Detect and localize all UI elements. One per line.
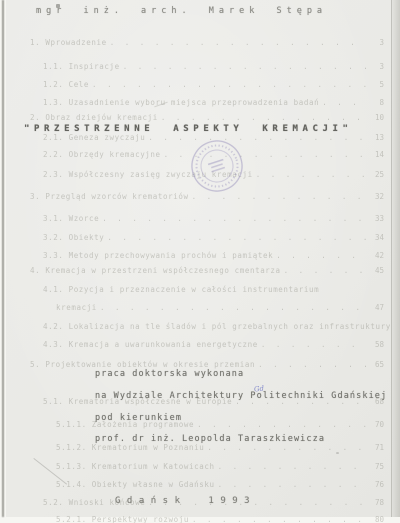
ink-speck — [56, 4, 60, 8]
ghost-toc-line: 3.1. Wzorce 33 — [43, 214, 384, 223]
credit-line-2: na Wydziale Architektury Politechniki Gd… — [95, 391, 387, 401]
dot-leader — [161, 113, 367, 122]
ghost-toc-line: 2. Obraz dziejów kremacji 10 — [30, 113, 384, 122]
ghost-toc-page-number: 5 — [370, 80, 384, 89]
ghost-toc-label: 4.1. Pozycja i przeznaczenie w całości i… — [43, 285, 319, 294]
ghost-toc-page-number: 58 — [370, 340, 384, 349]
author-line: mgr inż. arch. Marek Stępa — [36, 6, 327, 16]
ghost-toc-label: 3.1. Wzorce — [43, 214, 99, 223]
handwritten-annotation: Gd — [254, 384, 265, 393]
thesis-title: "PRZESTRZENNE ASPEKTY KREMACJI" — [24, 124, 353, 134]
ink-speck — [336, 452, 339, 454]
ghost-toc-label: 5.1.2. Krematorium w Poznaniu — [56, 443, 204, 452]
ghost-toc-line: 1. Wprowadzenie 3 — [30, 38, 384, 47]
dot-leader — [207, 443, 367, 452]
ghost-toc-label: 4. Kremacja w przestrzeni współczesnego … — [30, 266, 281, 275]
ghost-toc-line: 4.2. Lokalizacja na tle śladów i pól grz… — [43, 322, 384, 331]
ghost-toc-line: kremacji 47 — [56, 303, 384, 312]
ghost-toc-label: 5.2.1. Perspektywy rozwoju — [56, 515, 189, 523]
ghost-toc-line: 5.1.3. Krematorium w Katowicach 75 — [56, 462, 384, 471]
ghost-toc-label: 1. Wprowadzenie — [30, 38, 107, 47]
ghost-toc-page-number: 45 — [370, 266, 384, 275]
ghost-toc-page-number: 10 — [370, 113, 384, 122]
dot-leader — [322, 98, 367, 107]
scan-page: 1. Wprowadzenie 3 1.1. Inspiracje 3 1.2.… — [6, 0, 400, 517]
ghost-toc-page-number: 8 — [370, 98, 384, 107]
ghost-toc-page-number: 70 — [370, 420, 384, 429]
ghost-toc-label: 5.1.3. Krematorium w Katowicach — [56, 462, 215, 471]
ghost-toc-label: 4.3. Kremacja a uwarunkowania energetycz… — [43, 340, 258, 349]
dot-leader — [218, 480, 367, 489]
ghost-toc-label: 2.1. Geneza zwyczaju — [43, 133, 145, 142]
dot-leader — [197, 420, 367, 429]
ghost-toc-page-number: 13 — [370, 133, 384, 142]
ghost-toc-page-number: 76 — [370, 480, 384, 489]
ghost-toc-label: 1.2. Cele — [43, 80, 89, 89]
dot-leader — [284, 266, 367, 275]
ghost-toc-label: 3.3. Metody przechowywania prochów i pam… — [43, 251, 273, 260]
dot-leader — [218, 462, 367, 471]
ghost-toc-line: 5.1.2. Krematorium w Poznaniu 71 — [56, 443, 384, 452]
ghost-toc-label: kremacji — [56, 303, 97, 312]
dot-leader — [92, 80, 367, 89]
ghost-toc-line: 3.3. Metody przechowywania prochów i pam… — [43, 251, 384, 260]
ghost-toc-line: 5. Projektowanie obiektów w okresie prze… — [30, 360, 384, 369]
ghost-toc-line: 4.3. Kremacja a uwarunkowania energetycz… — [43, 340, 384, 349]
page-left-edge — [2, 0, 4, 517]
credit-line-3: pod kierunkiem — [95, 413, 182, 423]
ghost-toc-page-number: 14 — [370, 150, 384, 159]
dot-leader — [107, 233, 367, 242]
ghost-toc-line: 3.2. Obiekty 34 — [43, 233, 384, 242]
ghost-toc-page-number: 75 — [370, 462, 384, 471]
dot-leader — [102, 214, 367, 223]
ghost-toc-page-number: 32 — [370, 192, 384, 201]
dot-leader — [256, 170, 367, 179]
ghost-toc-label: 2. Obraz dziejów kremacji — [30, 113, 158, 122]
ghost-toc-page-number: 65 — [370, 360, 384, 369]
ghost-toc-page-number: 47 — [370, 303, 384, 312]
credit-line-4: prof. dr inż. Leopolda Taraszkiewicza — [95, 434, 325, 444]
ghost-toc-label: 3.2. Obiekty — [43, 233, 104, 242]
ghost-toc-page-number: 3 — [370, 38, 384, 47]
dot-leader — [110, 38, 367, 47]
ghost-toc-line: 5.2.1. Perspektywy rozwoju 80 — [56, 515, 384, 523]
page-right-edge — [391, 0, 400, 517]
ghost-toc-label: 5. Projektowanie obiektów w okresie prze… — [30, 360, 255, 369]
ghost-toc-page-number: 71 — [370, 443, 384, 452]
ghost-toc-label: 5.1.4. Obiekty własne w Gdańsku — [56, 480, 215, 489]
ghost-toc-label: 3. Przegląd wzorców krematoriów — [30, 192, 189, 201]
ghost-toc-line: 4. Kremacja w przestrzeni współczesnego … — [30, 266, 384, 275]
dot-leader — [100, 303, 367, 312]
ghost-toc-label: 1.3. Uzasadnienie wyboru miejsca przepro… — [43, 98, 319, 107]
ghost-toc-line: 5.1.4. Obiekty własne w Gdańsku 76 — [56, 480, 384, 489]
ghost-toc-page-number: 33 — [370, 214, 384, 223]
footer-city-year: Gdańsk 1993 — [115, 496, 256, 506]
dot-leader — [261, 340, 367, 349]
ghost-toc-label: 1.1. Inspiracje — [43, 62, 120, 71]
ghost-toc-label: 4.2. Lokalizacja na tle śladów i pól grz… — [43, 322, 391, 331]
dot-leader — [258, 360, 367, 369]
dot-leader — [192, 515, 367, 523]
ghost-toc-page-number: 80 — [370, 515, 384, 523]
ghost-toc-page-number: 25 — [370, 170, 384, 179]
ghost-toc-line: 4.1. Pozycja i przeznaczenie w całości i… — [43, 285, 384, 294]
dot-leader — [276, 251, 367, 260]
credit-line-1: praca doktorska wykonana — [95, 369, 244, 379]
ghost-toc-page-number: 42 — [370, 251, 384, 260]
dot-leader — [148, 133, 367, 142]
ghost-toc-page-number: 78 — [370, 498, 384, 507]
ghost-toc-page-number: 3 — [370, 62, 384, 71]
ghost-toc-page-number: 34 — [370, 233, 384, 242]
ghost-toc-line: 1.1. Inspiracje 3 — [43, 62, 384, 71]
ghost-toc-label: 2.2. Obrzędy kremacyjne — [43, 150, 161, 159]
dot-leader — [123, 62, 367, 71]
ghost-toc-line: 1.2. Cele 5 — [43, 80, 384, 89]
ghost-toc-line: 1.3. Uzasadnienie wyboru miejsca przepro… — [43, 98, 384, 107]
